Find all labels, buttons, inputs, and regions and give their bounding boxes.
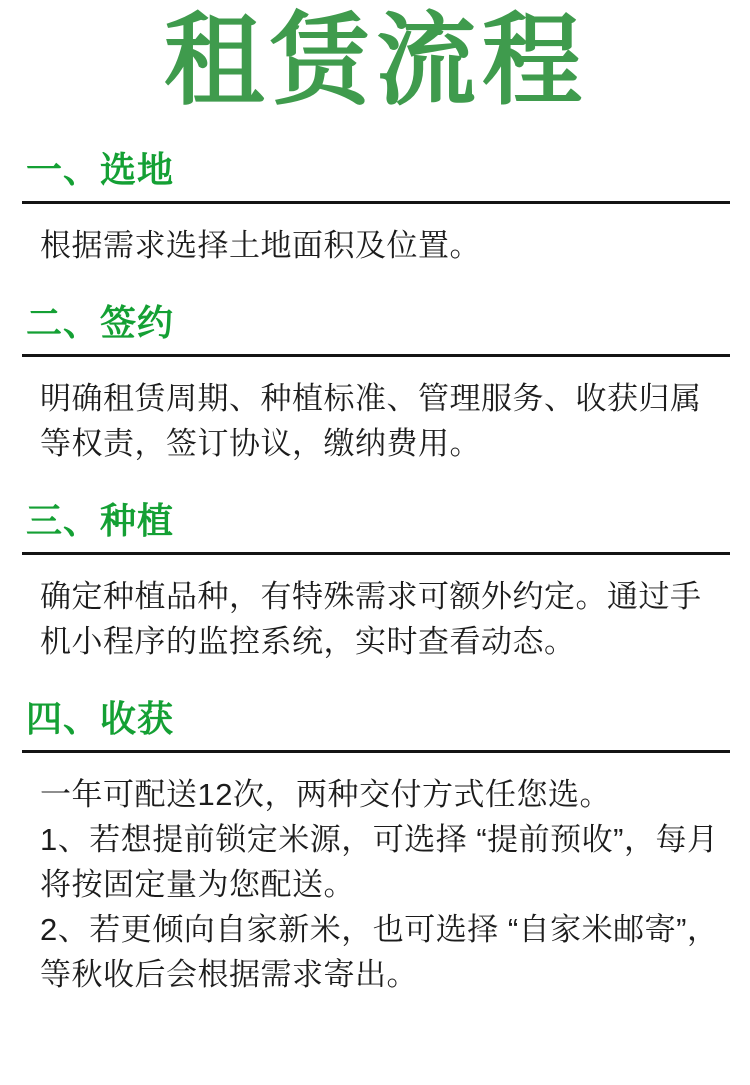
section-paragraph: 一年可配送12次，两种交付方式任您选。 [40,772,722,817]
section-harvest: 四、收获 一年可配送12次，两种交付方式任您选。 1、若想提前锁定米源，可选择 … [22,696,730,997]
section-heading-harvest: 四、收获 [22,696,730,741]
section-body: 根据需求选择土地面积及位置。 [40,223,722,268]
rental-process-page: 租赁流程 一、选地 根据需求选择土地面积及位置。 二、签约 明确租赁周期、种植标… [0,0,750,1085]
section-paragraph: 明确租赁周期、种植标准、管理服务、收获归属等权责，签订协议，缴纳费用。 [40,376,722,466]
section-body: 一年可配送12次，两种交付方式任您选。 1、若想提前锁定米源，可选择 “提前预收… [40,772,722,997]
section-divider [22,354,730,357]
section-select-land: 一、选地 根据需求选择土地面积及位置。 [22,147,730,268]
section-divider [22,750,730,753]
section-paragraph: 根据需求选择土地面积及位置。 [40,223,722,268]
section-sign-contract: 二、签约 明确租赁周期、种植标准、管理服务、收获归属等权责，签订协议，缴纳费用。 [22,300,730,466]
section-body: 明确租赁周期、种植标准、管理服务、收获归属等权责，签订协议，缴纳费用。 [40,376,722,466]
section-heading-select-land: 一、选地 [22,147,730,192]
section-heading-planting: 三、种植 [22,498,730,543]
section-paragraph: 1、若想提前锁定米源，可选择 “提前预收”，每月将按固定量为您配送。 [40,817,722,907]
section-divider [22,552,730,555]
section-planting: 三、种植 确定种植品种，有特殊需求可额外约定。通过手机小程序的监控系统，实时查看… [22,498,730,664]
section-paragraph: 确定种植品种，有特殊需求可额外约定。通过手机小程序的监控系统，实时查看动态。 [40,574,722,664]
section-body: 确定种植品种，有特殊需求可额外约定。通过手机小程序的监控系统，实时查看动态。 [40,574,722,664]
section-paragraph: 2、若更倾向自家新米，也可选择 “自家米邮寄”，等秋收后会根据需求寄出。 [40,907,722,997]
section-divider [22,201,730,204]
page-title: 租赁流程 [22,4,730,120]
section-heading-sign-contract: 二、签约 [22,300,730,345]
